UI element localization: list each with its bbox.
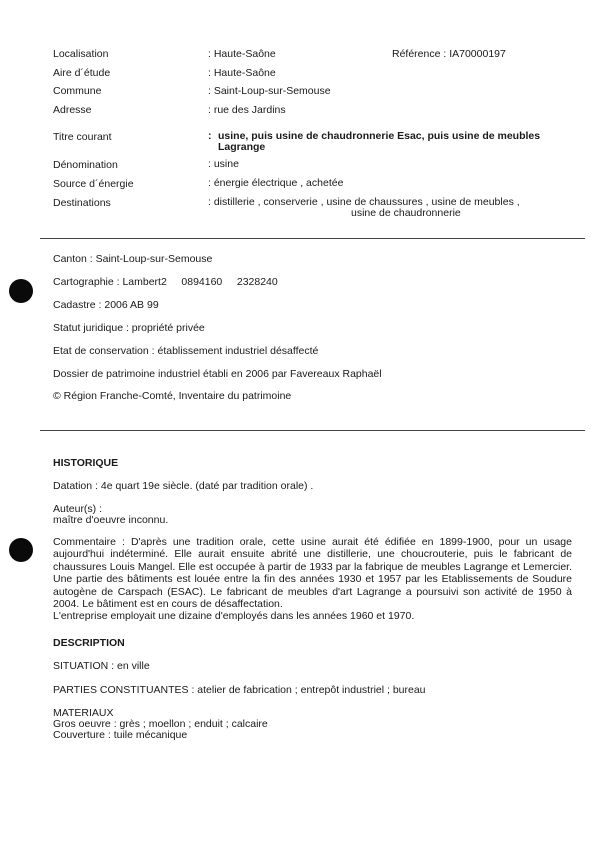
field-label-commune: Commune: [53, 85, 101, 97]
field-label-destinations: Destinations: [53, 197, 111, 209]
field-label-source-energie: Source d´énergie: [53, 178, 134, 190]
description-heading: DESCRIPTION: [53, 637, 125, 649]
field-value-aire-etude: : Haute-Saône: [208, 67, 276, 79]
cadastre: Cadastre : 2006 AB 99: [53, 299, 159, 311]
punch-hole-top: [9, 279, 33, 303]
field-label-denomination: Dénomination: [53, 159, 118, 171]
dossier: Dossier de patrimoine industriel établi …: [53, 368, 382, 380]
field-value-adresse: : rue des Jardins: [208, 104, 286, 116]
canton: Canton : Saint-Loup-sur-Semouse: [53, 253, 212, 265]
etat-conservation: Etat de conservation : établissement ind…: [53, 345, 318, 357]
situation: SITUATION : en ville: [53, 660, 150, 672]
field-value-localisation: : Haute-Saône: [208, 48, 276, 60]
field-value-destinations-line2: usine de chaudronnerie: [351, 207, 461, 219]
cartographie: Cartographie : Lambert2 0894160 2328240: [53, 276, 278, 288]
auteurs-value: maître d'oeuvre inconnu.: [53, 514, 168, 526]
titre-colon: :: [208, 130, 212, 142]
punch-hole-bottom: [9, 538, 33, 562]
commentaire: Commentaire : D'après une tradition oral…: [53, 536, 572, 610]
historique-heading: HISTORIQUE: [53, 457, 118, 469]
field-value-commune: : Saint-Loup-sur-Semouse: [208, 85, 331, 97]
field-label-aire-etude: Aire d´étude: [53, 67, 110, 79]
statut-juridique: Statut juridique : propriété privée: [53, 322, 205, 334]
field-label-adresse: Adresse: [53, 104, 92, 116]
divider-middle: [40, 430, 585, 431]
field-value-denomination: : usine: [208, 158, 239, 170]
field-label-titre-courant: Titre courant: [53, 131, 112, 143]
titre-courant-line2: Lagrange: [218, 141, 265, 153]
copyright: © Région Franche-Comté, Inventaire du pa…: [53, 390, 291, 402]
field-label-localisation: Localisation: [53, 48, 108, 60]
datation: Datation : 4e quart 19e siècle. (daté pa…: [53, 480, 313, 492]
titre-courant-line1: usine, puis usine de chaudronnerie Esac,…: [218, 130, 540, 142]
field-value-source-energie: : énergie électrique , achetée: [208, 177, 343, 189]
couverture: Couverture : tuile mécanique: [53, 729, 187, 741]
parties-constituantes: PARTIES CONSTITUANTES : atelier de fabri…: [53, 684, 426, 696]
commentaire-last-line: L'entreprise employait une dizaine d'emp…: [53, 610, 414, 622]
reference-number: Référence : IA70000197: [392, 48, 506, 60]
divider-top: [40, 238, 585, 239]
